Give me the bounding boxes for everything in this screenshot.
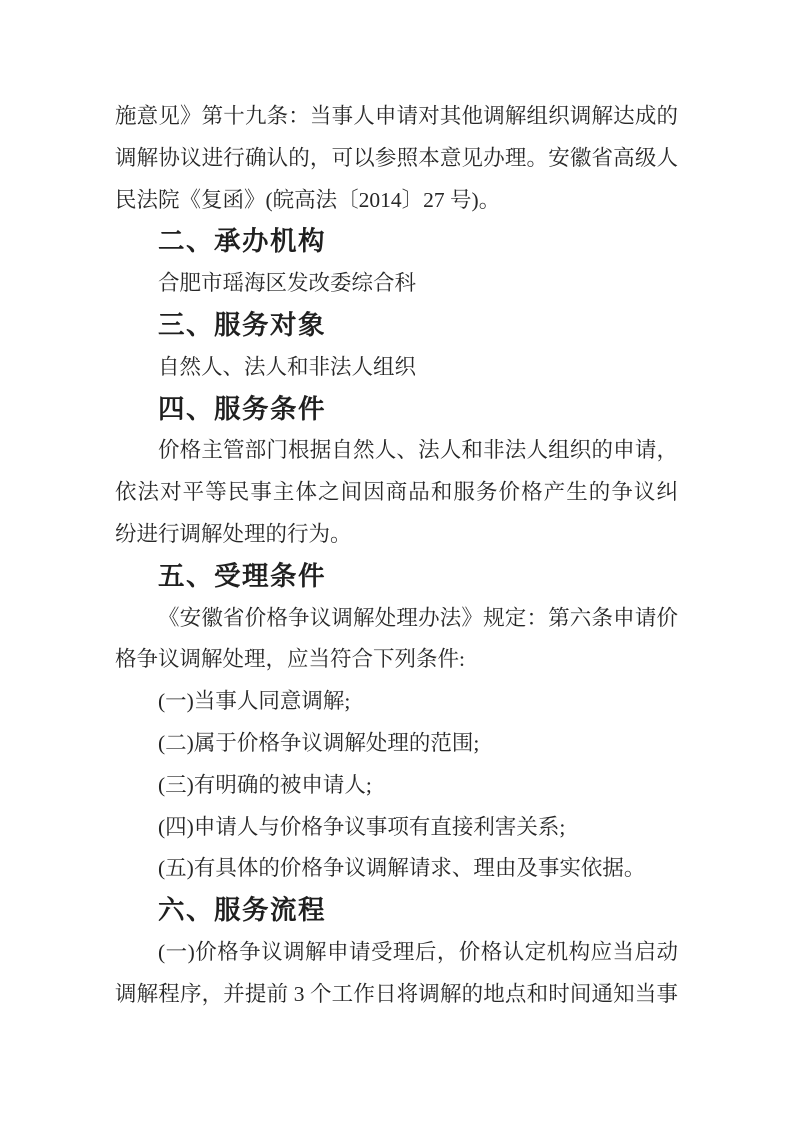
text-line: 调解程序，并提前 3 个工作日将调解的地点和时间通知当事 <box>115 974 678 1016</box>
section-heading: 六、服务流程 <box>115 890 678 932</box>
text-line: 自然人、法人和非法人组织 <box>115 347 678 389</box>
text-line: 价格主管部门根据自然人、法人和非法人组织的申请， <box>115 430 678 472</box>
text-line: 依法对平等民事主体之间因商品和服务价格产生的争议纠 <box>115 472 678 514</box>
heading-line: 六、服务流程 <box>115 890 678 932</box>
heading-line: 二、承办机构 <box>115 221 678 263</box>
paragraph: 合肥市瑶海区发改委综合科 <box>115 263 678 305</box>
section-heading: 五、受理条件 <box>115 556 678 598</box>
paragraph: 施意见》第十九条：当事人申请对其他调解组织调解达成的调解协议进行确认的，可以参照… <box>115 96 678 221</box>
paragraph: 价格主管部门根据自然人、法人和非法人组织的申请，依法对平等民事主体之间因商品和服… <box>115 430 678 555</box>
section-heading: 三、服务对象 <box>115 305 678 347</box>
heading-line: 五、受理条件 <box>115 556 678 598</box>
text-line: 《安徽省价格争议调解处理办法》规定：第六条申请价 <box>115 598 678 640</box>
text-line: 格争议调解处理，应当符合下列条件: <box>115 639 678 681</box>
paragraph: 《安徽省价格争议调解处理办法》规定：第六条申请价格争议调解处理，应当符合下列条件… <box>115 598 678 682</box>
text-line: 调解协议进行确认的，可以参照本意见办理。安徽省高级人 <box>115 138 678 180</box>
text-line: 民法院《复函》(皖高法〔2014〕27 号)。 <box>115 180 678 222</box>
text-line: (一)当事人同意调解; <box>115 681 678 723</box>
paragraph: (三)有明确的被申请人; <box>115 765 678 807</box>
section-heading: 四、服务条件 <box>115 389 678 431</box>
text-line: (二)属于价格争议调解处理的范围; <box>115 723 678 765</box>
paragraph: (四)申请人与价格争议事项有直接利害关系; <box>115 807 678 849</box>
paragraph: 自然人、法人和非法人组织 <box>115 347 678 389</box>
heading-line: 三、服务对象 <box>115 305 678 347</box>
text-line: (一)价格争议调解申请受理后，价格认定机构应当启动 <box>115 932 678 974</box>
text-line: 施意见》第十九条：当事人申请对其他调解组织调解达成的 <box>115 96 678 138</box>
paragraph: (一)当事人同意调解; <box>115 681 678 723</box>
paragraph: (一)价格争议调解申请受理后，价格认定机构应当启动调解程序，并提前 3 个工作日… <box>115 932 678 1016</box>
text-line: (五)有具体的价格争议调解请求、理由及事实依据。 <box>115 848 678 890</box>
section-heading: 二、承办机构 <box>115 221 678 263</box>
paragraph: (二)属于价格争议调解处理的范围; <box>115 723 678 765</box>
paragraph: (五)有具体的价格争议调解请求、理由及事实依据。 <box>115 848 678 890</box>
heading-line: 四、服务条件 <box>115 389 678 431</box>
text-line: (四)申请人与价格争议事项有直接利害关系; <box>115 807 678 849</box>
document-page: 施意见》第十九条：当事人申请对其他调解组织调解达成的调解协议进行确认的，可以参照… <box>0 0 792 1122</box>
text-line: (三)有明确的被申请人; <box>115 765 678 807</box>
text-line: 纷进行调解处理的行为。 <box>115 514 678 556</box>
text-line: 合肥市瑶海区发改委综合科 <box>115 263 678 305</box>
